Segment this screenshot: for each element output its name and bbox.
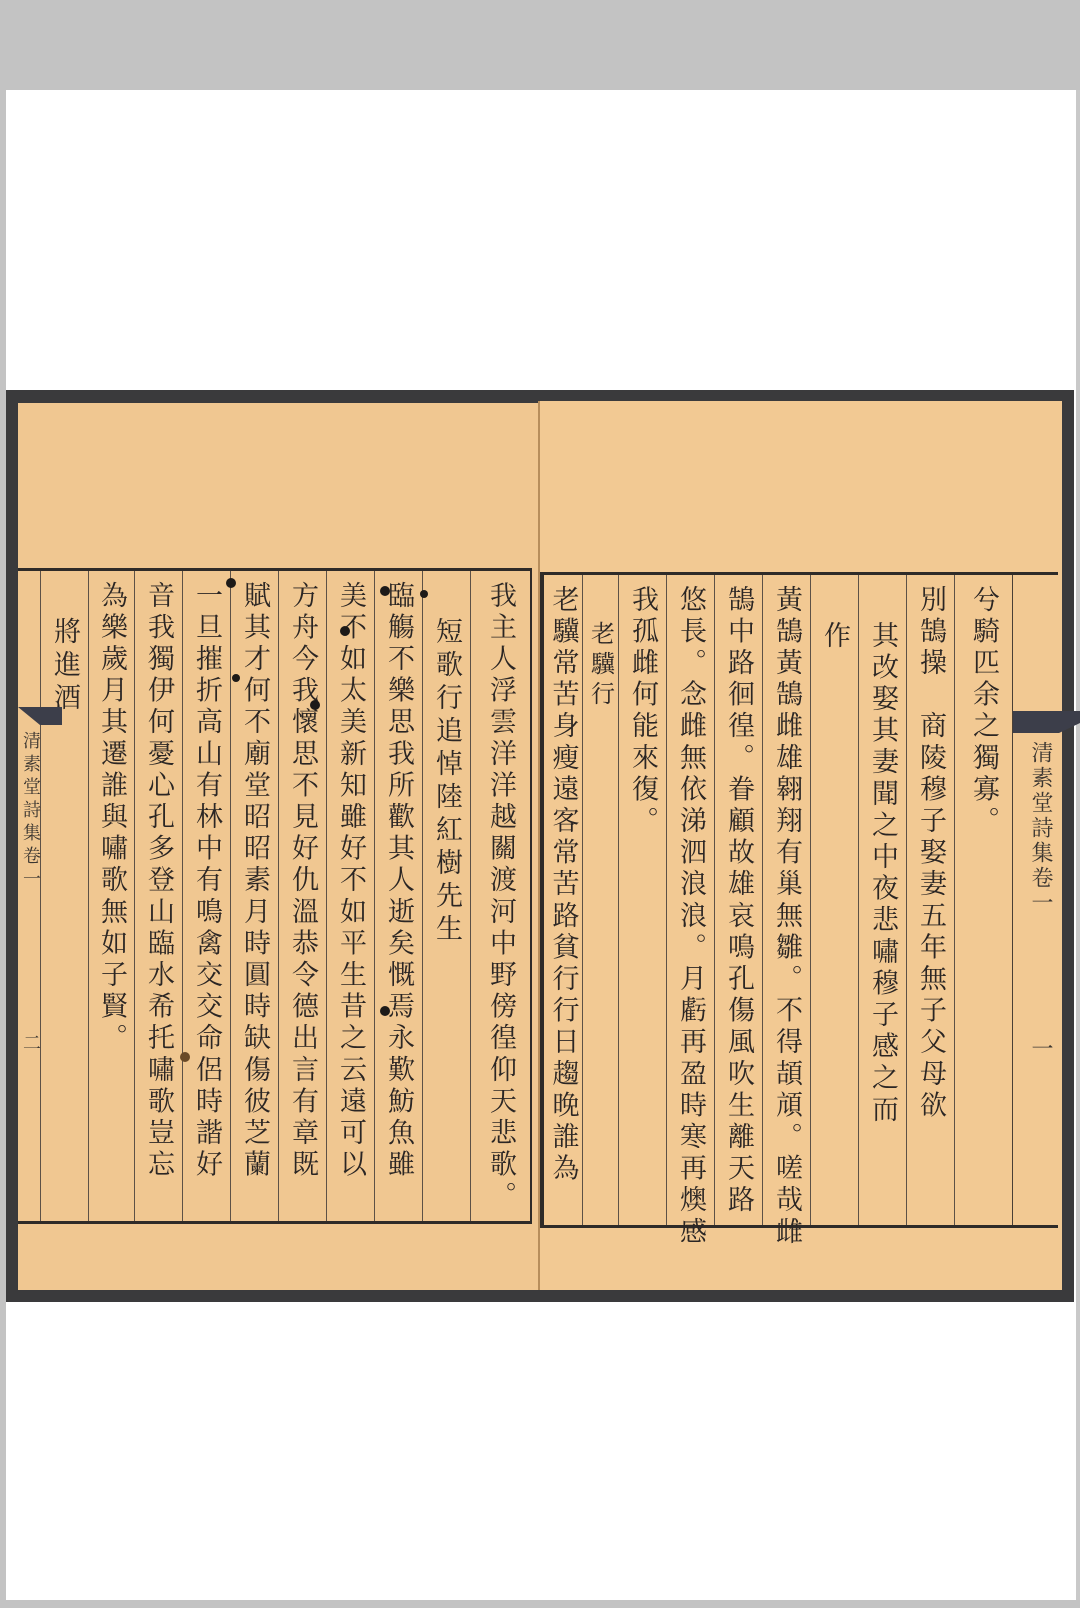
text-column: 別鵠操 商陵穆子娶妻五年無子父母欲 — [906, 575, 954, 1225]
worm-hole — [310, 700, 320, 710]
text-column: 我主人浮雲洋洋越關渡河中野傍徨仰天悲歌。 — [470, 571, 530, 1221]
text-column: 為樂歲月其遷誰與嘯歌無如子賢。 — [88, 571, 134, 1221]
viewer-bottom-border — [0, 1600, 1080, 1608]
text-column: 音我獨伊何憂心孔多登山臨水希托嘯歌豈忘 — [134, 571, 182, 1221]
right-page-number: 一 — [1025, 1037, 1056, 1062]
right-page-text-frame: 清素堂詩集卷一 一 兮騎匹余之獨寡。 別鵠操 商陵穆子娶妻五年無子父母欲 其改娶… — [540, 572, 1058, 1228]
text-column: 作 — [810, 575, 858, 1225]
text-column: 鵠中路徊徨。眷顧故雄哀鳴孔傷風吹生離天路 — [714, 575, 762, 1225]
worm-hole — [180, 1052, 190, 1062]
text-column: 將進酒 — [40, 571, 88, 1221]
text-column: 方舟今我懷思不見好仇溫恭令德出言有章既 — [278, 571, 326, 1221]
text-column: 黃鵠黃鵠雌雄翱翔有巢無雛。不得頡頏。嗟哉雌 — [762, 575, 810, 1225]
left-page-number: 二 — [17, 1033, 43, 1054]
left-page-margin-strip: 清素堂詩集卷一 二 — [18, 571, 40, 1221]
text-column: 其改娶其妻聞之中夜悲嘯穆子感之而 — [858, 575, 906, 1225]
text-column: 臨觴不樂思我所歡其人逝矣慨焉永歎魴魚雖 — [374, 571, 422, 1221]
fish-tail-mark-icon — [18, 707, 62, 725]
viewer-right-border — [1076, 90, 1080, 1608]
text-column: 老驥行 — [582, 575, 618, 1225]
text-column: 美不如太美新知雖好不如平生昔之云遠可以 — [326, 571, 374, 1221]
text-column: 悠長。念雌無依涕泗浪浪。月虧再盈時寒再燠感 — [666, 575, 714, 1225]
text-column: 一旦摧折高山有林中有鳴禽交交命侶時諧好 — [182, 571, 230, 1221]
worm-hole — [420, 590, 428, 598]
text-column: 兮騎匹余之獨寡。 — [954, 575, 1012, 1225]
right-page-margin-title: 清素堂詩集卷一 — [1025, 741, 1056, 916]
worm-hole — [340, 626, 350, 636]
worm-hole — [380, 1006, 390, 1016]
worm-hole — [380, 586, 390, 596]
left-page-text-frame: 我主人浮雲洋洋越關渡河中野傍徨仰天悲歌。 短歌行追悼陸紅樹先生 臨觴不樂思我所歡… — [18, 568, 532, 1224]
left-page-margin-title: 清素堂詩集卷一 — [17, 731, 43, 892]
viewer-top-band — [0, 0, 1080, 90]
text-column: 我孤雌何能來復。 — [618, 575, 666, 1225]
worm-hole — [232, 674, 240, 682]
text-column: 賦其才何不廟堂昭昭素月時圓時缺傷彼芝蘭 — [230, 571, 278, 1221]
worm-hole — [226, 578, 236, 588]
right-page-margin-strip: 清素堂詩集卷一 一 — [1012, 575, 1058, 1225]
text-column: 老驥常苦身瘦遠客常苦路貧行行日趨晚誰為 — [542, 575, 582, 1225]
text-column: 短歌行追悼陸紅樹先生 — [422, 571, 470, 1221]
fish-tail-mark-icon — [1013, 711, 1080, 733]
